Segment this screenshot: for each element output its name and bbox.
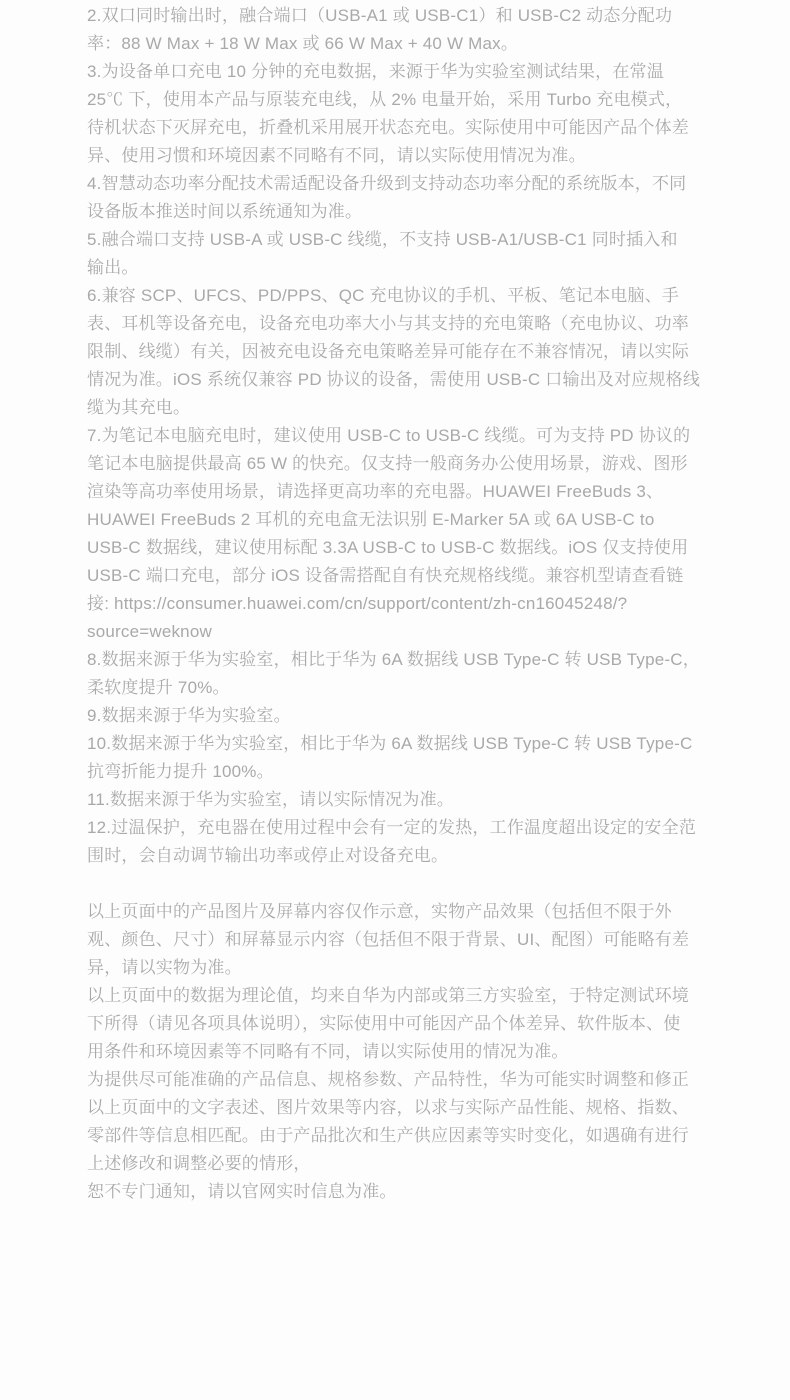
text-line: 异，请以实物为准。 bbox=[87, 954, 715, 982]
text-line: 上述修改和调整必要的情形， bbox=[87, 1150, 715, 1178]
text-line: 设备版本推送时间以系统通知为准。 bbox=[87, 198, 715, 226]
notes-content: 2.双口同时输出时，融合端口（USB-A1 或 USB-C1）和 USB-C2 … bbox=[0, 0, 790, 1206]
text-line: 渲染等高功率使用场景，请选择更高功率的充电器。HUAWEI FreeBuds 3… bbox=[87, 478, 715, 506]
text-line: 以上页面中的文字表述、图片效果等内容，以求与实际产品性能、规格、指数、 bbox=[87, 1094, 715, 1122]
disclaimer-paragraph-data: 以上页面中的数据为理论值，均来自华为内部或第三方实验室，于特定测试环境 下所得（… bbox=[87, 982, 715, 1066]
text-line: 25℃ 下，使用本产品与原装充电线，从 2% 电量开始，采用 Turbo 充电模… bbox=[87, 86, 715, 114]
text-line: 情况为准。iOS 系统仅兼容 PD 协议的设备，需使用 USB-C 口输出及对应… bbox=[87, 366, 715, 394]
text-line: 11.数据来源于华为实验室，请以实际情况为准。 bbox=[87, 786, 715, 814]
text-line: 限制、线缆）有关，因被充电设备充电策略差异可能存在不兼容情况，请以实际 bbox=[87, 338, 715, 366]
note-item-9: 9.数据来源于华为实验室。 bbox=[87, 702, 715, 730]
text-line: 柔软度提升 70%。 bbox=[87, 674, 715, 702]
note-item-5: 5.融合端口支持 USB-A 或 USB-C 线缆，不支持 USB-A1/USB… bbox=[87, 226, 715, 282]
note-item-4: 4.智慧动态功率分配技术需适配设备升级到支持动态功率分配的系统版本，不同 设备版… bbox=[87, 170, 715, 226]
product-notes-page: 2.双口同时输出时，融合端口（USB-A1 或 USB-C1）和 USB-C2 … bbox=[0, 0, 790, 1400]
text-line: 率：88 W Max + 18 W Max 或 66 W Max + 40 W … bbox=[87, 30, 715, 58]
disclaimer-paragraph-notice: 恕不专门通知，请以官网实时信息为准。 bbox=[87, 1178, 715, 1206]
text-line: USB-C 端口充电，部分 iOS 设备需搭配自有快充规格线缆。兼容机型请查看链 bbox=[87, 562, 715, 590]
disclaimer-paragraph-adjustments: 为提供尽可能准确的产品信息、规格参数、产品特性，华为可能实时调整和修正 以上页面… bbox=[87, 1066, 715, 1178]
disclaimer-section: 以上页面中的产品图片及屏幕内容仅作示意，实物产品效果（包括但不限于外 观、颜色、… bbox=[87, 898, 715, 1206]
text-line: 5.融合端口支持 USB-A 或 USB-C 线缆，不支持 USB-A1/USB… bbox=[87, 226, 715, 254]
text-line: 6.兼容 SCP、UFCS、PD/PPS、QC 充电协议的手机、平板、笔记本电脑… bbox=[87, 282, 715, 310]
text-line: 异、使用习惯和环境因素不同略有不同，请以实际使用情况为准。 bbox=[87, 142, 715, 170]
support-link-text: source=weknow bbox=[87, 618, 715, 646]
text-line: 下所得（请见各项具体说明），实际使用中可能因产品个体差异、软件版本、使 bbox=[87, 1010, 715, 1038]
support-link-text: 接: https://consumer.huawei.com/cn/suppor… bbox=[87, 590, 715, 618]
note-item-6: 6.兼容 SCP、UFCS、PD/PPS、QC 充电协议的手机、平板、笔记本电脑… bbox=[87, 282, 715, 422]
note-item-3: 3.为设备单口充电 10 分钟的充电数据，来源于华为实验室测试结果，在常温 25… bbox=[87, 58, 715, 170]
text-line: 以上页面中的数据为理论值，均来自华为内部或第三方实验室，于特定测试环境 bbox=[87, 982, 715, 1010]
note-item-8: 8.数据来源于华为实验室，相比于华为 6A 数据线 USB Type-C 转 U… bbox=[87, 646, 715, 702]
text-line: 2.双口同时输出时，融合端口（USB-A1 或 USB-C1）和 USB-C2 … bbox=[87, 2, 715, 30]
text-line: 12.过温保护，充电器在使用过程中会有一定的发热，工作温度超出设定的安全范 bbox=[87, 814, 715, 842]
text-line: 输出。 bbox=[87, 254, 715, 282]
text-line: 围时，会自动调节输出功率或停止对设备充电。 bbox=[87, 842, 715, 870]
text-line: 3.为设备单口充电 10 分钟的充电数据，来源于华为实验室测试结果，在常温 bbox=[87, 58, 715, 86]
note-item-2: 2.双口同时输出时，融合端口（USB-A1 或 USB-C1）和 USB-C2 … bbox=[87, 2, 715, 58]
disclaimer-paragraph-images: 以上页面中的产品图片及屏幕内容仅作示意，实物产品效果（包括但不限于外 观、颜色、… bbox=[87, 898, 715, 982]
text-line: 为提供尽可能准确的产品信息、规格参数、产品特性，华为可能实时调整和修正 bbox=[87, 1066, 715, 1094]
text-line: 9.数据来源于华为实验室。 bbox=[87, 702, 715, 730]
text-line: 恕不专门通知，请以官网实时信息为准。 bbox=[87, 1178, 715, 1206]
text-line: 表、耳机等设备充电，设备充电功率大小与其支持的充电策略（充电协议、功率 bbox=[87, 310, 715, 338]
text-line: 缆为其充电。 bbox=[87, 394, 715, 422]
text-line: 用条件和环境因素等不同略有不同，请以实际使用的情况为准。 bbox=[87, 1038, 715, 1066]
text-line: 笔记本电脑提供最高 65 W 的快充。仅支持一般商务办公使用场景，游戏、图形 bbox=[87, 450, 715, 478]
text-line: HUAWEI FreeBuds 2 耳机的充电盒无法识别 E-Marker 5A… bbox=[87, 506, 715, 534]
text-line: USB-C 数据线，建议使用标配 3.3A USB-C to USB-C 数据线… bbox=[87, 534, 715, 562]
text-line: 以上页面中的产品图片及屏幕内容仅作示意，实物产品效果（包括但不限于外 bbox=[87, 898, 715, 926]
numbered-notes-section: 2.双口同时输出时，融合端口（USB-A1 或 USB-C1）和 USB-C2 … bbox=[87, 2, 715, 870]
text-line: 4.智慧动态功率分配技术需适配设备升级到支持动态功率分配的系统版本，不同 bbox=[87, 170, 715, 198]
text-line: 零部件等信息相匹配。由于产品批次和生产供应因素等实时变化，如遇确有进行 bbox=[87, 1122, 715, 1150]
text-line: 抗弯折能力提升 100%。 bbox=[87, 758, 715, 786]
note-item-11: 11.数据来源于华为实验室，请以实际情况为准。 bbox=[87, 786, 715, 814]
text-line: 10.数据来源于华为实验室，相比于华为 6A 数据线 USB Type-C 转 … bbox=[87, 730, 715, 758]
text-line: 待机状态下灭屏充电，折叠机采用展开状态充电。实际使用中可能因产品个体差 bbox=[87, 114, 715, 142]
text-line: 观、颜色、尺寸）和屏幕显示内容（包括但不限于背景、UI、配图）可能略有差 bbox=[87, 926, 715, 954]
text-line: 7.为笔记本电脑充电时，建议使用 USB-C to USB-C 线缆。可为支持 … bbox=[87, 422, 715, 450]
note-item-7: 7.为笔记本电脑充电时，建议使用 USB-C to USB-C 线缆。可为支持 … bbox=[87, 422, 715, 646]
text-line: 8.数据来源于华为实验室，相比于华为 6A 数据线 USB Type-C 转 U… bbox=[87, 646, 715, 674]
note-item-10: 10.数据来源于华为实验室，相比于华为 6A 数据线 USB Type-C 转 … bbox=[87, 730, 715, 786]
note-item-12: 12.过温保护，充电器在使用过程中会有一定的发热，工作温度超出设定的安全范 围时… bbox=[87, 814, 715, 870]
